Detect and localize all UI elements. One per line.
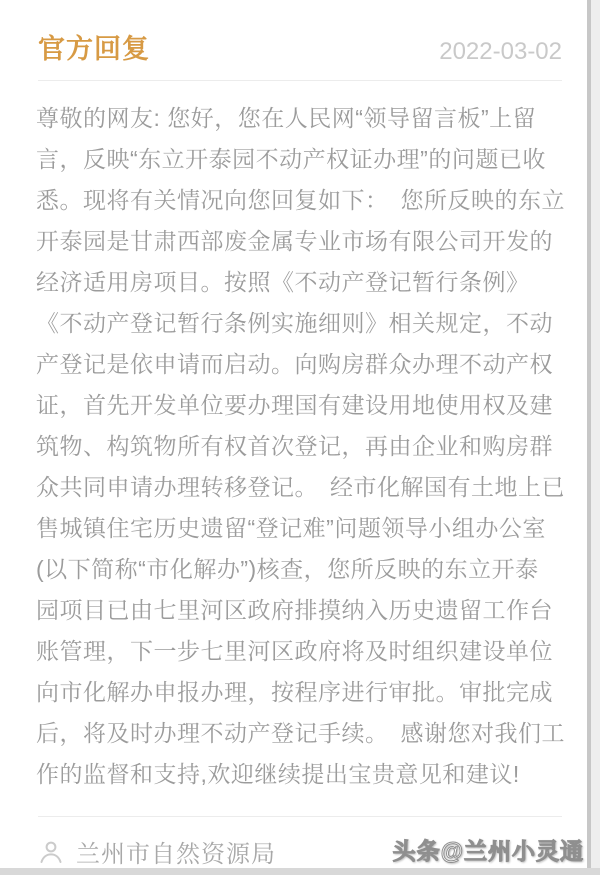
right-margin-strip [591, 0, 600, 875]
official-reply-card: 官方回复 2022-03-02 尊敬的网友: 您好，您在人民网“领导留言板”上留… [0, 0, 600, 875]
scrollbar-track[interactable] [587, 0, 591, 875]
reply-title: 官方回复 [38, 27, 150, 66]
agency-name: 兰州市自然资源局 [76, 834, 276, 869]
reply-header: 官方回复 2022-03-02 [0, 0, 600, 80]
header-divider [38, 80, 562, 81]
toutiao-watermark: 头条@兰州小灵通 [393, 833, 584, 866]
reply-body-text: 尊敬的网友: 您好，您在人民网“领导留言板”上留 言，反映“东立开泰园不动产权证… [36, 98, 572, 795]
person-icon [38, 839, 64, 865]
reply-date: 2022-03-02 [439, 38, 562, 66]
bottom-edge-band [0, 868, 600, 875]
